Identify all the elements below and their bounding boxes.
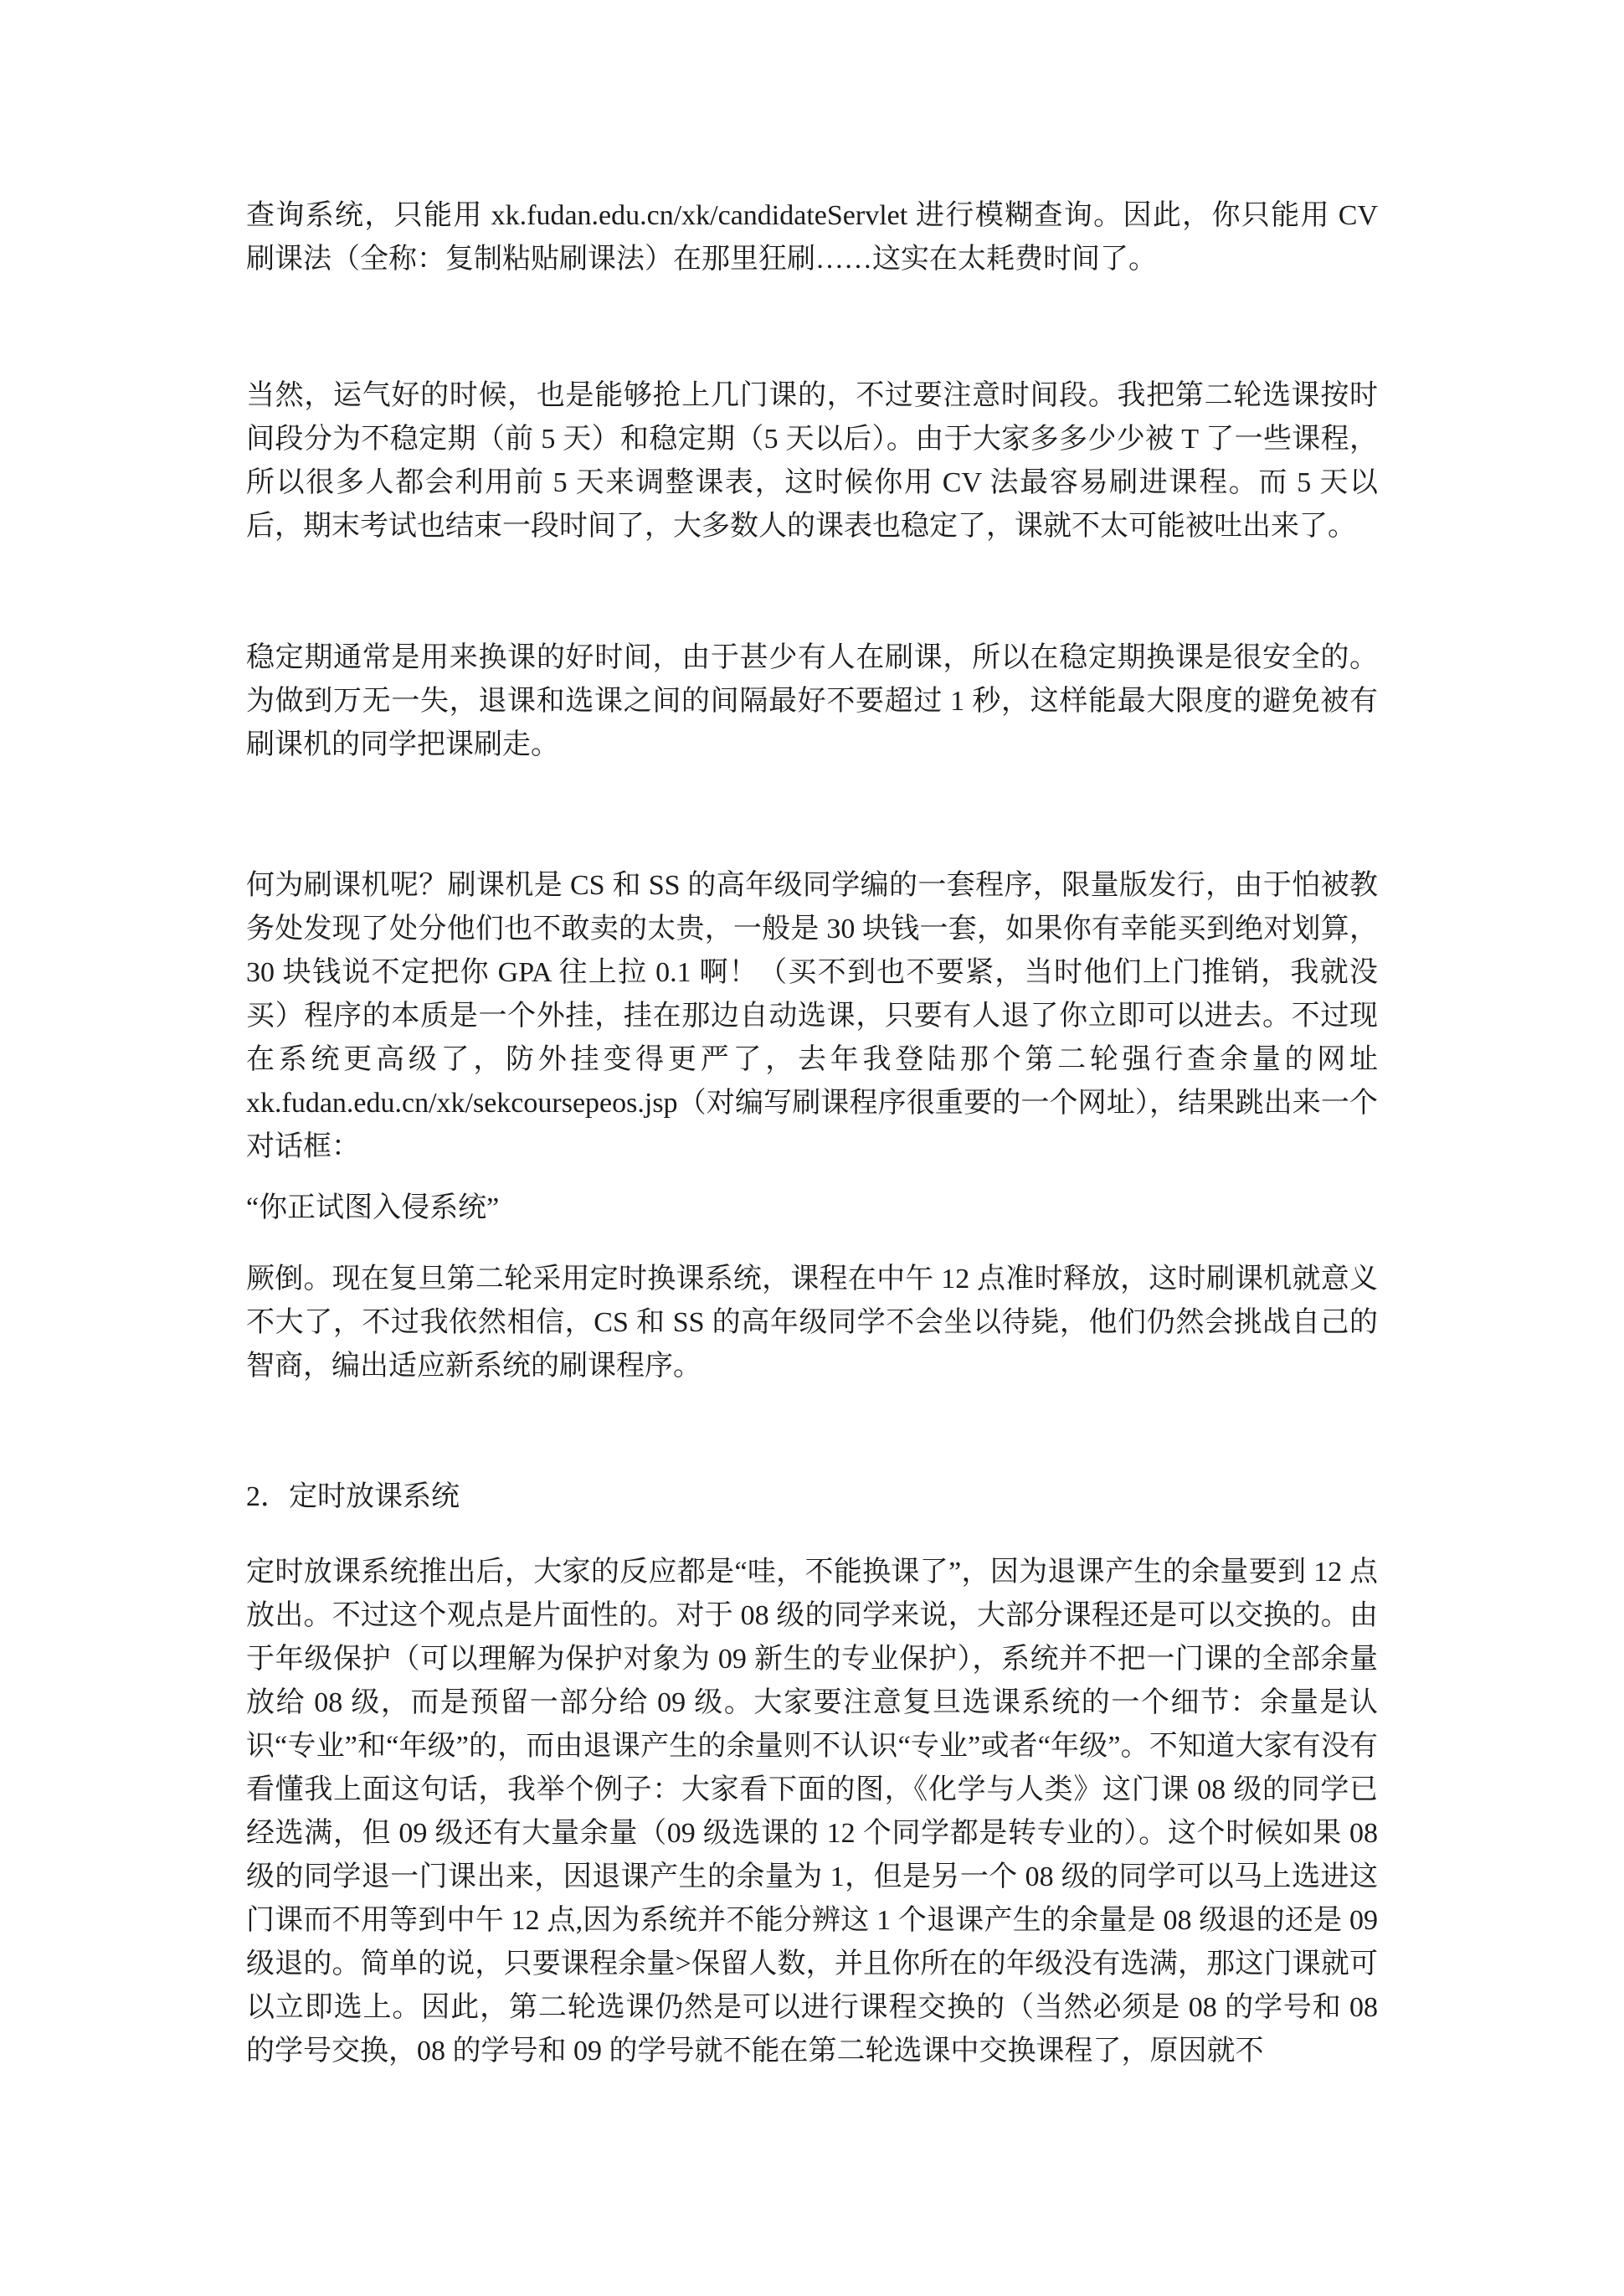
paragraph-cv-method: 查询系统，只能用 xk.fudan.edu.cn/xk/candidateSer…	[246, 194, 1378, 281]
section-heading-timed-release-system: 2．定时放课系统	[246, 1475, 1378, 1519]
paragraph-shuakeji-intro: 何为刷课机呢？刷课机是 CS 和 SS 的高年级同学编的一套程序，限量版发行，由…	[246, 864, 1378, 1169]
paragraph-grade-protection-example: 定时放课系统推出后，大家的反应都是“哇，不能换课了”，因为退课产生的余量要到 1…	[246, 1551, 1378, 2073]
dialog-quote-line: “你正试图入侵系统”	[246, 1187, 1378, 1230]
document-page: 查询系统，只能用 xk.fudan.edu.cn/xk/candidateSer…	[0, 0, 1624, 2296]
paragraph-stable-period: 稳定期通常是用来换课的好时间，由于甚少有人在刷课，所以在稳定期换课是很安全的。为…	[246, 636, 1378, 767]
paragraph-timing-periods: 当然，运气好的时候，也是能够抢上几门课的，不过要注意时间段。我把第二轮选课按时间…	[246, 374, 1378, 548]
paragraph-timed-release-comment: 厥倒。现在复旦第二轮采用定时换课系统，课程在中午 12 点准时释放，这时刷课机就…	[246, 1258, 1378, 1388]
